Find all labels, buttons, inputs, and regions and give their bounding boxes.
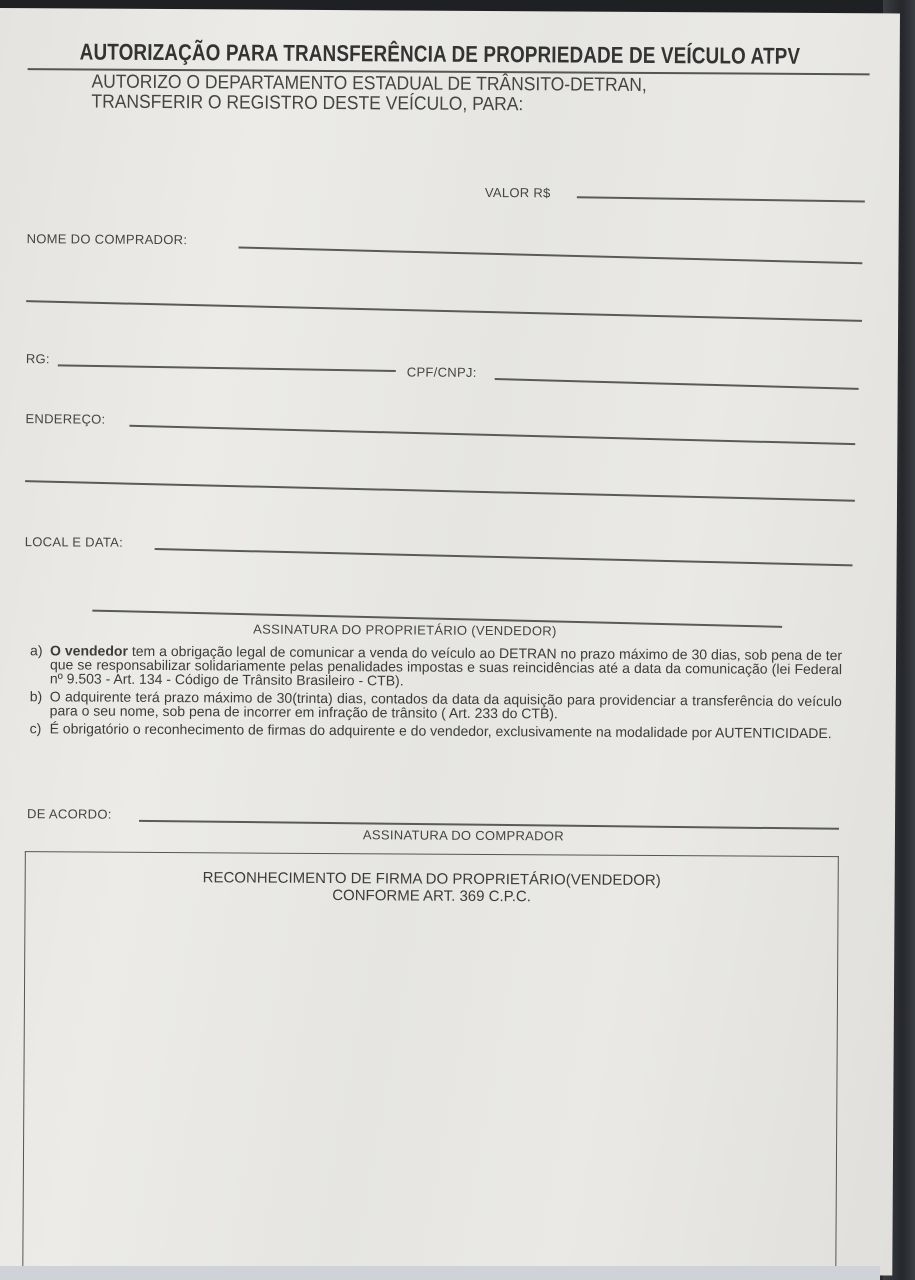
cpf-cnpj-label: CPF/CNPJ: [407, 364, 477, 379]
legal-notes: a) O vendedor tem a obrigação legal de c… [30, 643, 843, 744]
note-b-mark: b) [30, 689, 50, 717]
note-c: c) É obrigatório o reconhecimento de fir… [30, 721, 842, 740]
nome-comprador-label: NOME DO COMPRADOR: [27, 231, 188, 247]
local-data-label: LOCAL E DATA: [25, 534, 123, 550]
nome-comprador-field-line-2[interactable] [26, 300, 862, 321]
note-c-text: É obrigatório o reconhecimento de firmas… [50, 721, 842, 740]
note-a: a) O vendedor tem a obrigação legal de c… [30, 643, 842, 690]
rg-field[interactable] [58, 364, 396, 371]
endereco-field[interactable] [129, 425, 855, 445]
subtitle-line-2: TRANSFERIR O REGISTRO DESTE VEÍCULO, PAR… [91, 93, 646, 116]
firm-recognition-box [22, 851, 839, 1277]
background-surface-bottom [0, 1266, 880, 1280]
comprador-signature-caption: ASSINATURA DO COMPRADOR [363, 827, 564, 843]
note-b-text: O adquirente terá prazo máximo de 30(tri… [50, 689, 842, 722]
note-c-mark: c) [30, 721, 50, 735]
note-a-mark: a) [30, 643, 50, 685]
firm-recognition-title: RECONHECIMENTO DE FIRMA DO PROPRIETÁRIO(… [25, 868, 839, 907]
form-title: AUTORIZAÇÃO PARA TRANSFERÊNCIA DE PROPRI… [80, 38, 801, 69]
form-paper: AUTORIZAÇÃO PARA TRANSFERÊNCIA DE PROPRI… [0, 8, 900, 1275]
vendedor-signature-caption: ASSINATURA DO PROPRIETÁRIO (VENDEDOR) [253, 622, 556, 639]
endereco-label: ENDEREÇO: [25, 411, 105, 426]
rg-label: RG: [26, 351, 50, 366]
note-b: b) O adquirente terá prazo máximo de 30(… [30, 689, 842, 722]
endereco-field-line-2[interactable] [25, 480, 855, 501]
de-acordo-label: DE ACORDO: [27, 806, 112, 822]
cpf-cnpj-field[interactable] [495, 378, 859, 389]
valor-label: VALOR R$ [485, 185, 551, 200]
note-a-text: tem a obrigação legal de comunicar a ven… [50, 643, 842, 689]
nome-comprador-field[interactable] [239, 246, 863, 263]
local-data-field[interactable] [155, 548, 853, 566]
valor-field[interactable] [577, 196, 865, 202]
form-subtitle: AUTORIZO O DEPARTAMENTO ESTADUAL DE TRÂN… [91, 73, 646, 116]
